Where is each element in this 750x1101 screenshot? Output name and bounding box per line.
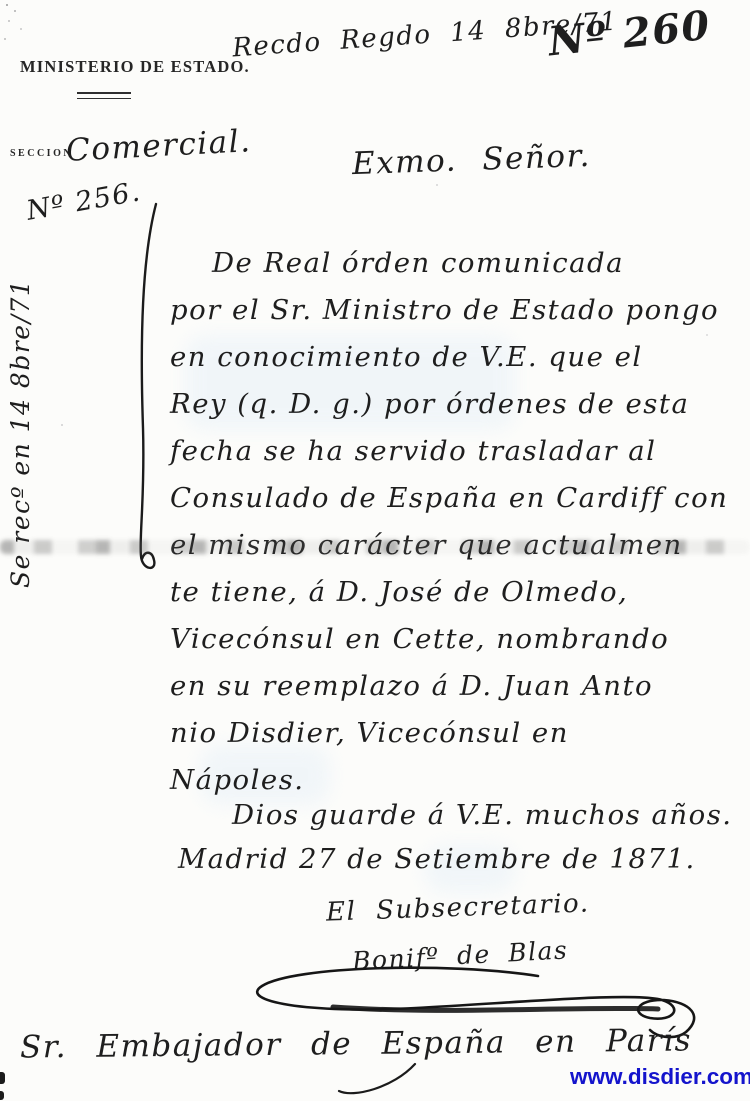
body-line: Vicecónsul en Cette, nombrando bbox=[170, 616, 748, 663]
dateline: Madrid 27 de Setiembre de 1871. bbox=[178, 843, 696, 875]
addressee: Sr. Embajador de España en París bbox=[20, 1022, 692, 1065]
body-line: fecha se ha servido trasladar al bbox=[170, 428, 748, 475]
body-line: De Real órden comunicada bbox=[170, 240, 748, 287]
document-page: Recdo Regdo 14 8bre/71 Nº 260 MINISTERIO… bbox=[0, 0, 750, 1101]
body-line: en conocimiento de V.E. que el bbox=[170, 334, 748, 381]
body-line: Nápoles. bbox=[170, 757, 748, 804]
section-label: SECCION bbox=[10, 148, 73, 159]
body-line: nio Disdier, Vicecónsul en bbox=[170, 710, 748, 757]
watermark: www.disdier.com bbox=[570, 1064, 750, 1090]
fold-crease bbox=[0, 540, 750, 554]
letterhead-rule bbox=[77, 92, 131, 99]
margin-note: Se recº en 14 8bre/71 bbox=[6, 238, 35, 588]
body-line: Consulado de España en Cardiff con bbox=[170, 475, 748, 522]
scan-edge-artifact bbox=[0, 1091, 4, 1100]
body-line: por el Sr. Ministro de Estado pongo bbox=[170, 287, 748, 334]
scan-edge-artifact bbox=[0, 1072, 5, 1084]
body-line: Rey (q. D. g.) por órdenes de esta bbox=[170, 381, 748, 428]
addressee-flourish bbox=[335, 1062, 425, 1101]
valediction: Dios guarde á V.E. muchos años. bbox=[232, 799, 733, 831]
ministry-letterhead: MINISTERIO DE ESTADO. bbox=[20, 57, 250, 77]
body-line: en su reemplazo á D. Juan Anto bbox=[170, 663, 748, 710]
scan-speckles bbox=[6, 4, 8, 6]
body-line: te tiene, á D. José de Olmedo, bbox=[170, 569, 748, 616]
letter-body: De Real órden comunicada por el Sr. Mini… bbox=[170, 240, 748, 804]
signer-title: El Subsecretario. bbox=[326, 888, 590, 927]
salutation: Exmo. Señor. bbox=[351, 138, 591, 182]
section-value: Comercial. bbox=[65, 123, 252, 169]
